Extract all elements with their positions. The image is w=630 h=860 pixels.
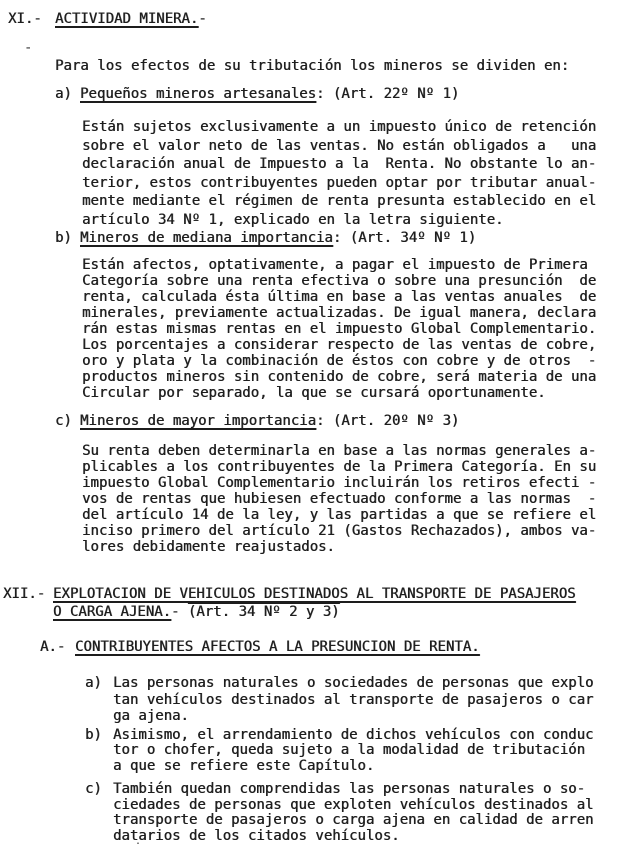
section-xii-title-ref: (Art. 34 Nº 2 y 3) (188, 604, 340, 620)
subsection-a-heading: A.- CONTRIBUYENTES AFECTOS A LA PRESUNCI… (40, 638, 630, 657)
subsection-a-item-c-text: También quedan comprendidas las personas… (113, 782, 593, 844)
subsection-a-item-a-text: Las personas naturales o sociedades de p… (113, 675, 593, 725)
section-xii-title-line2-underlined: O CARGA AJENA. (53, 604, 171, 620)
item-a-title: Pequeños mineros artesanales (80, 86, 316, 102)
section-xii-title-line2: O CARGA AJENA.- (Art. 34 Nº 2 y 3) (53, 603, 576, 621)
section-xii-title-block: EXPLOTACION DE VEHICULOS DESTINADOS AL T… (53, 585, 576, 621)
subsection-a-item-b-label: b) (85, 728, 113, 744)
item-c-label: c) (55, 412, 80, 431)
item-b-title: Mineros de mediana importancia (80, 230, 333, 246)
section-xii-title-line2-dash: - (171, 604, 188, 620)
subsection-a-item-c-label: c) (85, 782, 113, 798)
item-b-label: b) (55, 229, 80, 248)
section-xi-title-line: ACTIVIDAD MINERA.- (55, 10, 207, 29)
subsection-a-item-a-label: a) (85, 675, 113, 692)
item-b-title-line: Mineros de mediana importancia: (Art. 34… (80, 229, 476, 248)
section-xii-heading: XII.- EXPLOTACION DE VEHICULOS DESTINADO… (3, 585, 630, 621)
item-c-ref: : (Art. 20º Nº 3) (316, 413, 459, 429)
section-xii-number: XII.- (3, 585, 53, 603)
section-xii-title-line1: EXPLOTACION DE VEHICULOS DESTINADOS AL T… (53, 585, 576, 603)
subsection-a-item-b: b) Asimismo, el arrendamiento de dichos … (85, 728, 630, 775)
subsection-a-title: CONTRIBUYENTES AFECTOS A LA PRESUNCION D… (75, 638, 480, 657)
item-c-paragraph: Su renta deben determinarla en base a la… (82, 443, 630, 555)
subsection-a-item-a: a) Las personas naturales o sociedades d… (85, 675, 630, 725)
item-b-paragraph-1: Están afectos, optativamente, a pagar el… (82, 257, 630, 337)
item-b-ref: : (Art. 34º Nº 1) (333, 230, 476, 246)
item-a-ref: : (Art. 22º Nº 1) (316, 86, 459, 102)
item-a-title-line: Pequeños mineros artesanales: (Art. 22º … (80, 85, 459, 104)
subsection-a-item-c: c) También quedan comprendidas las perso… (85, 782, 630, 844)
item-c-title-line: Mineros de mayor importancia: (Art. 20º … (80, 412, 459, 431)
scan-artifact-dot: . (135, 836, 141, 847)
item-c-heading: c) Mineros de mayor importancia: (Art. 2… (55, 412, 630, 431)
subsection-a-item-b-text: Asimismo, el arrendamiento de dichos veh… (113, 728, 593, 775)
section-xi-title: ACTIVIDAD MINERA. (55, 11, 198, 27)
item-a-heading: a) Pequeños mineros artesanales: (Art. 2… (55, 85, 630, 104)
section-xi-heading: XI.- ACTIVIDAD MINERA.- (8, 10, 630, 29)
item-b-heading: b) Mineros de mediana importancia: (Art.… (55, 229, 630, 248)
item-c-title: Mineros de mayor importancia (80, 413, 316, 429)
scan-artifact-dash: - (24, 40, 32, 56)
item-b-paragraph-2: Los porcentajes a considerar respecto de… (82, 337, 630, 401)
item-a-label: a) (55, 85, 80, 104)
item-a-paragraph: Están sujetos exclusivamente a un impues… (82, 118, 630, 229)
section-xi-intro: Para los efectos de su tributación los m… (55, 57, 630, 76)
section-xi-number: XI.- (8, 10, 55, 29)
subsection-a-label: A.- (40, 638, 75, 657)
scanned-document-page: - . XI.- ACTIVIDAD MINERA.- Para los efe… (0, 0, 630, 860)
section-xi-title-dash: - (198, 11, 206, 27)
